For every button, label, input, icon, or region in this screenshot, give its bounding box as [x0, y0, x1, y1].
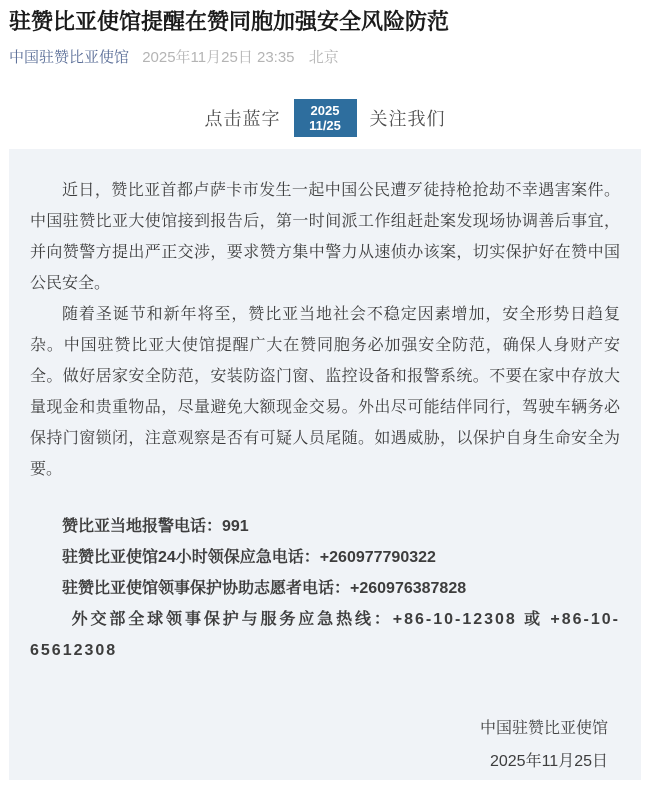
signature-name: 中国驻赞比亚使馆 [30, 712, 608, 745]
hotline-mfa-global: 外交部全球领事保护与服务应急热线：+86-10-12308 或 +86-10-6… [30, 604, 620, 666]
banner-right-text: 关注我们 [370, 105, 446, 131]
signature-block: 中国驻赞比亚使馆 2025年11月25日 [30, 712, 620, 778]
publish-location: 北京 [309, 49, 339, 66]
badge-date: 11/25 [309, 118, 341, 133]
hotline-list: 赞比亚当地报警电话：991 驻赞比亚使馆24小时领保应急电话：+26097779… [30, 511, 620, 666]
article-body: 近日，赞比亚首都卢萨卡市发生一起中国公民遭歹徒持枪抢劫不幸遇害案件。中国驻赞比亚… [9, 149, 641, 780]
hotline-local-police: 赞比亚当地报警电话：991 [30, 511, 620, 542]
paragraph-incident: 近日，赞比亚首都卢萨卡市发生一起中国公民遭歹徒持枪抢劫不幸遇害案件。中国驻赞比亚… [30, 175, 620, 299]
signature-date: 2025年11月25日 [30, 745, 608, 778]
hotline-volunteer: 驻赞比亚使馆领事保护协助志愿者电话：+260976387828 [30, 573, 620, 604]
article-page: 驻赞比亚使馆提醒在赞同胞加强安全风险防范 中国驻赞比亚使馆 2025年11月25… [0, 7, 650, 787]
banner-left-text: 点击蓝字 [205, 105, 281, 131]
date-badge: 2025 11/25 [294, 99, 357, 137]
badge-year: 2025 [311, 103, 340, 118]
page-title: 驻赞比亚使馆提醒在赞同胞加强安全风险防范 [9, 7, 641, 37]
hotline-embassy-24h: 驻赞比亚使馆24小时领保应急电话：+260977790322 [30, 542, 620, 573]
account-name-link[interactable]: 中国驻赞比亚使馆 [9, 49, 129, 66]
follow-banner[interactable]: 点击蓝字 2025 11/25 关注我们 [0, 99, 650, 137]
paragraph-advice: 随着圣诞节和新年将至，赞比亚当地社会不稳定因素增加，安全形势日趋复杂。中国驻赞比… [30, 299, 620, 485]
byline: 中国驻赞比亚使馆 2025年11月25日 23:35 北京 [9, 48, 641, 68]
publish-datetime: 2025年11月25日 23:35 [142, 49, 294, 66]
